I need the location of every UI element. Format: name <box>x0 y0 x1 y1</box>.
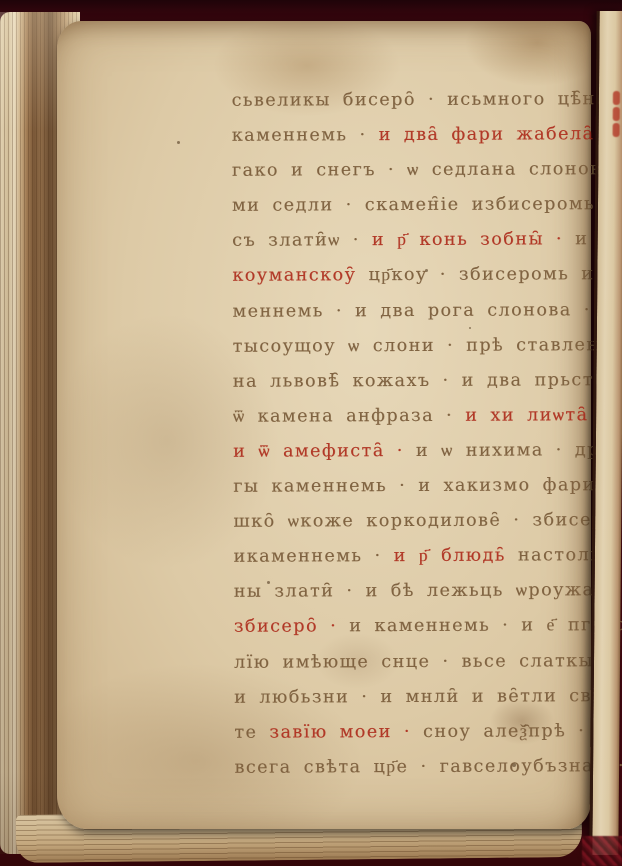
manuscript-line: ми седли · скамен̑іе избисеромь и <box>232 188 588 225</box>
text-segment: и два̑ фари жабела̑ · <box>379 124 614 145</box>
manuscript-line: каменнемь · и два̑ фари жабела̑ · <box>232 117 588 154</box>
text-segment: коуманскоу̑ <box>232 266 368 287</box>
manuscript-line: коуманскоу̑ цр҃коу · збисеромь и ка <box>232 258 588 295</box>
manuscript-line: съ злати̑ѡ · и р҃ конь зобны̑ · и коум̑ <box>232 223 588 260</box>
text-segment: завїю моеи · <box>269 722 423 743</box>
text-segment: и хи лиѡта̑ · <box>465 405 608 426</box>
text-segment: съ злати̑ѡ · <box>232 231 372 252</box>
text-segment: те <box>234 722 269 742</box>
text-segment: и ѡ нихима · дра <box>416 440 612 461</box>
manuscript-line: и любьзни · и мнли̑ и ве̑тли свѣ <box>234 679 590 716</box>
manuscript-line: збисеро̑ · и каменнемь · и е҃ пгуто <box>234 609 590 646</box>
manuscript-line: ѿ камена анфраза · и хи лиѡта̑ · <box>233 398 589 435</box>
manuscript-line: тысоущоу ѡ слони · прѣ ставлене <box>233 328 589 365</box>
text-segment: и ѿ амефиста̑ · <box>233 441 416 462</box>
text-segment: збисеро̑ · <box>234 617 349 638</box>
text-segment: и р҃ блюдь̑ <box>394 546 518 567</box>
text-segment: настоль <box>518 545 601 565</box>
text-segment: и любьзни · и мнли̑ и ве̑тли свѣ <box>234 686 604 708</box>
manuscript-line: гы каменнемь · и хакизмо фари <box>233 468 589 505</box>
manuscript-line: сьвеликы бисеро̑ · исьмного цѣ̑ньни <box>231 82 587 119</box>
text-segment: тысоущоу ѡ слони · прѣ ставлене <box>233 335 612 357</box>
rubric-mark-icon <box>613 91 620 105</box>
text-segment: и каменнемь · и е҃ пгуто <box>349 615 622 636</box>
rubric-mark-icon <box>613 107 620 121</box>
manuscript-line: ны злати̑ · и бѣ лежьць ѡроужань <box>234 574 590 611</box>
manuscript-photo: сьвеликы бисеро̑ · исьмного цѣ̑ньникамен… <box>0 0 622 866</box>
manuscript-text-block: сьвеликы бисеро̑ · исьмного цѣ̑ньникамен… <box>231 82 590 785</box>
red-initials-marks <box>612 89 622 157</box>
text-segment: меннемь · и два рога слонова · и <box>232 300 616 322</box>
manuscript-line: меннемь · и два рога слонова · и <box>232 293 588 330</box>
text-segment: на львовѣ̑ кожахъ · и два прьстена <box>233 370 622 392</box>
text-segment: гако и снегъ · ѡ седлана слоновѣ <box>232 159 614 181</box>
text-segment: всега свѣта цр҃е · гавселоубъзнаа · <box>234 756 622 778</box>
text-segment: шко̑ ѡкоже коркодилове̑ · збисеро̑ <box>233 510 616 532</box>
rubric-mark-icon <box>613 123 620 137</box>
text-segment: лїю имѣюще снце · вьсе слаткыи <box>234 651 607 673</box>
text-segment: ны злати̑ · и бѣ лежьць ѡроужань <box>234 580 619 602</box>
text-segment: сьвеликы бисеро̑ · исьмного цѣ̑ньни <box>232 89 622 111</box>
manuscript-line: шко̑ ѡкоже коркодилове̑ · збисеро̑ <box>233 503 589 540</box>
stain <box>177 141 180 144</box>
manuscript-line: лїю имѣюще снце · вьсе слаткыи <box>234 644 590 681</box>
text-segment: ѿ камена анфраза · <box>233 406 465 427</box>
cover-velvet-texture <box>582 836 622 866</box>
manuscript-line: те завїю моеи · сноу алеѯ̑прѣ · и <box>234 714 590 751</box>
text-segment: икаменнемь · <box>233 546 393 567</box>
manuscript-line: гако и снегъ · ѡ седлана слоновѣ <box>232 152 588 189</box>
manuscript-line: икаменнемь · и р҃ блюдь̑ настоль <box>233 538 589 575</box>
text-segment: каменнемь · <box>232 125 379 146</box>
manuscript-line: и ѿ амефиста̑ · и ѡ нихима · дра <box>233 433 589 470</box>
text-segment: ми седли · скамен̑іе избисеромь и <box>232 194 620 216</box>
manuscript-line: на львовѣ̑ кожахъ · и два прьстена <box>233 363 589 400</box>
text-segment: и р҃ конь зобны̑ · <box>372 230 563 251</box>
text-segment: цр҃коу · збисеромь и ка <box>368 265 622 286</box>
text-segment: гы каменнемь · и хакизмо фари <box>233 475 595 497</box>
text-segment: сноу алеѯ̑прѣ · и <box>423 721 611 742</box>
manuscript-line: всега свѣта цр҃е · гавселоубъзнаа · <box>234 749 590 786</box>
